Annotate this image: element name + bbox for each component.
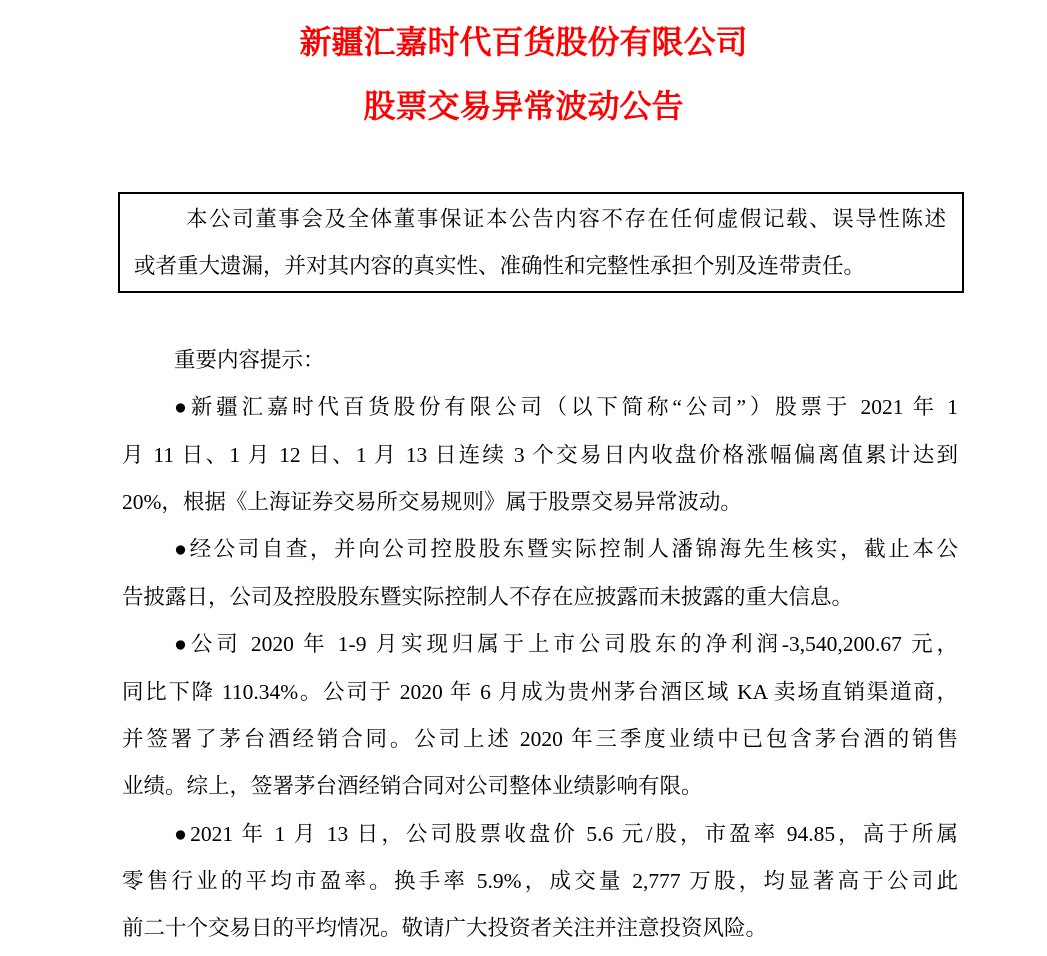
highlights-heading: 重要内容提示： <box>122 337 958 384</box>
text-line: 业绩。综上，签署茅台酒经销合同对公司整体业绩影响有限。 <box>122 763 958 810</box>
text-line: 月 11 日、1 月 12 日、1 月 13 日连续 3 个交易日内收盘价格涨幅… <box>122 432 958 479</box>
text-line: ●公司 2020 年 1-9 月实现归属于上市公司股东的净利润-3,540,20… <box>122 621 958 668</box>
text-line: ●2021 年 1 月 13 日，公司股票收盘价 5.6 元/股，市盈率 94.… <box>122 811 958 858</box>
bullet-paragraph: ●2021 年 1 月 13 日，公司股票收盘价 5.6 元/股，市盈率 94.… <box>122 811 958 953</box>
text-line: 告披露日，公司及控股股东暨实际控制人不存在应披露而未披露的重大信息。 <box>122 574 958 621</box>
text-line: 本公司董事会及全体董事保证本公告内容不存在任何虚假记载、误导性陈述 <box>134 196 946 243</box>
text-line: 或者重大遗漏，并对其内容的真实性、准确性和完整性承担个别及连带责任。 <box>134 243 946 290</box>
document-body: 重要内容提示： ●新疆汇嘉时代百货股份有限公司（以下简称“公司”）股票于 202… <box>122 337 958 953</box>
text-line: 前二十个交易日的平均情况。敬请广大投资者关注并注意投资风险。 <box>122 905 958 952</box>
text-line: 零售行业的平均市盈率。换手率 5.9%，成交量 2,777 万股，均显著高于公司… <box>122 858 958 905</box>
text-line: ●经公司自查，并向公司控股股东暨实际控制人潘锦海先生核实，截止本公 <box>122 526 958 573</box>
announcement-document: 新疆汇嘉时代百货股份有限公司 股票交易异常波动公告 本公司董事会及全体董事保证本… <box>0 0 1047 956</box>
board-disclaimer-box: 本公司董事会及全体董事保证本公告内容不存在任何虚假记载、误导性陈述或者重大遗漏，… <box>118 192 964 293</box>
announcement-subtitle: 股票交易异常波动公告 <box>0 86 1047 126</box>
highlight-paragraphs: ●新疆汇嘉时代百货股份有限公司（以下简称“公司”）股票于 2021 年 1月 1… <box>122 384 958 953</box>
bullet-paragraph: ●公司 2020 年 1-9 月实现归属于上市公司股东的净利润-3,540,20… <box>122 621 958 811</box>
bullet-paragraph: ●新疆汇嘉时代百货股份有限公司（以下简称“公司”）股票于 2021 年 1月 1… <box>122 384 958 526</box>
bullet-paragraph: ●经公司自查，并向公司控股股东暨实际控制人潘锦海先生核实，截止本公告披露日，公司… <box>122 526 958 621</box>
text-line: 20%，根据《上海证券交易所交易规则》属于股票交易异常波动。 <box>122 479 958 526</box>
text-line: 并签署了茅台酒经销合同。公司上述 2020 年三季度业绩中已包含茅台酒的销售 <box>122 716 958 763</box>
text-line: 同比下降 110.34%。公司于 2020 年 6 月成为贵州茅台酒区域 KA … <box>122 669 958 716</box>
text-line: ●新疆汇嘉时代百货股份有限公司（以下简称“公司”）股票于 2021 年 1 <box>122 384 958 431</box>
company-name-title: 新疆汇嘉时代百货股份有限公司 <box>0 0 1047 62</box>
